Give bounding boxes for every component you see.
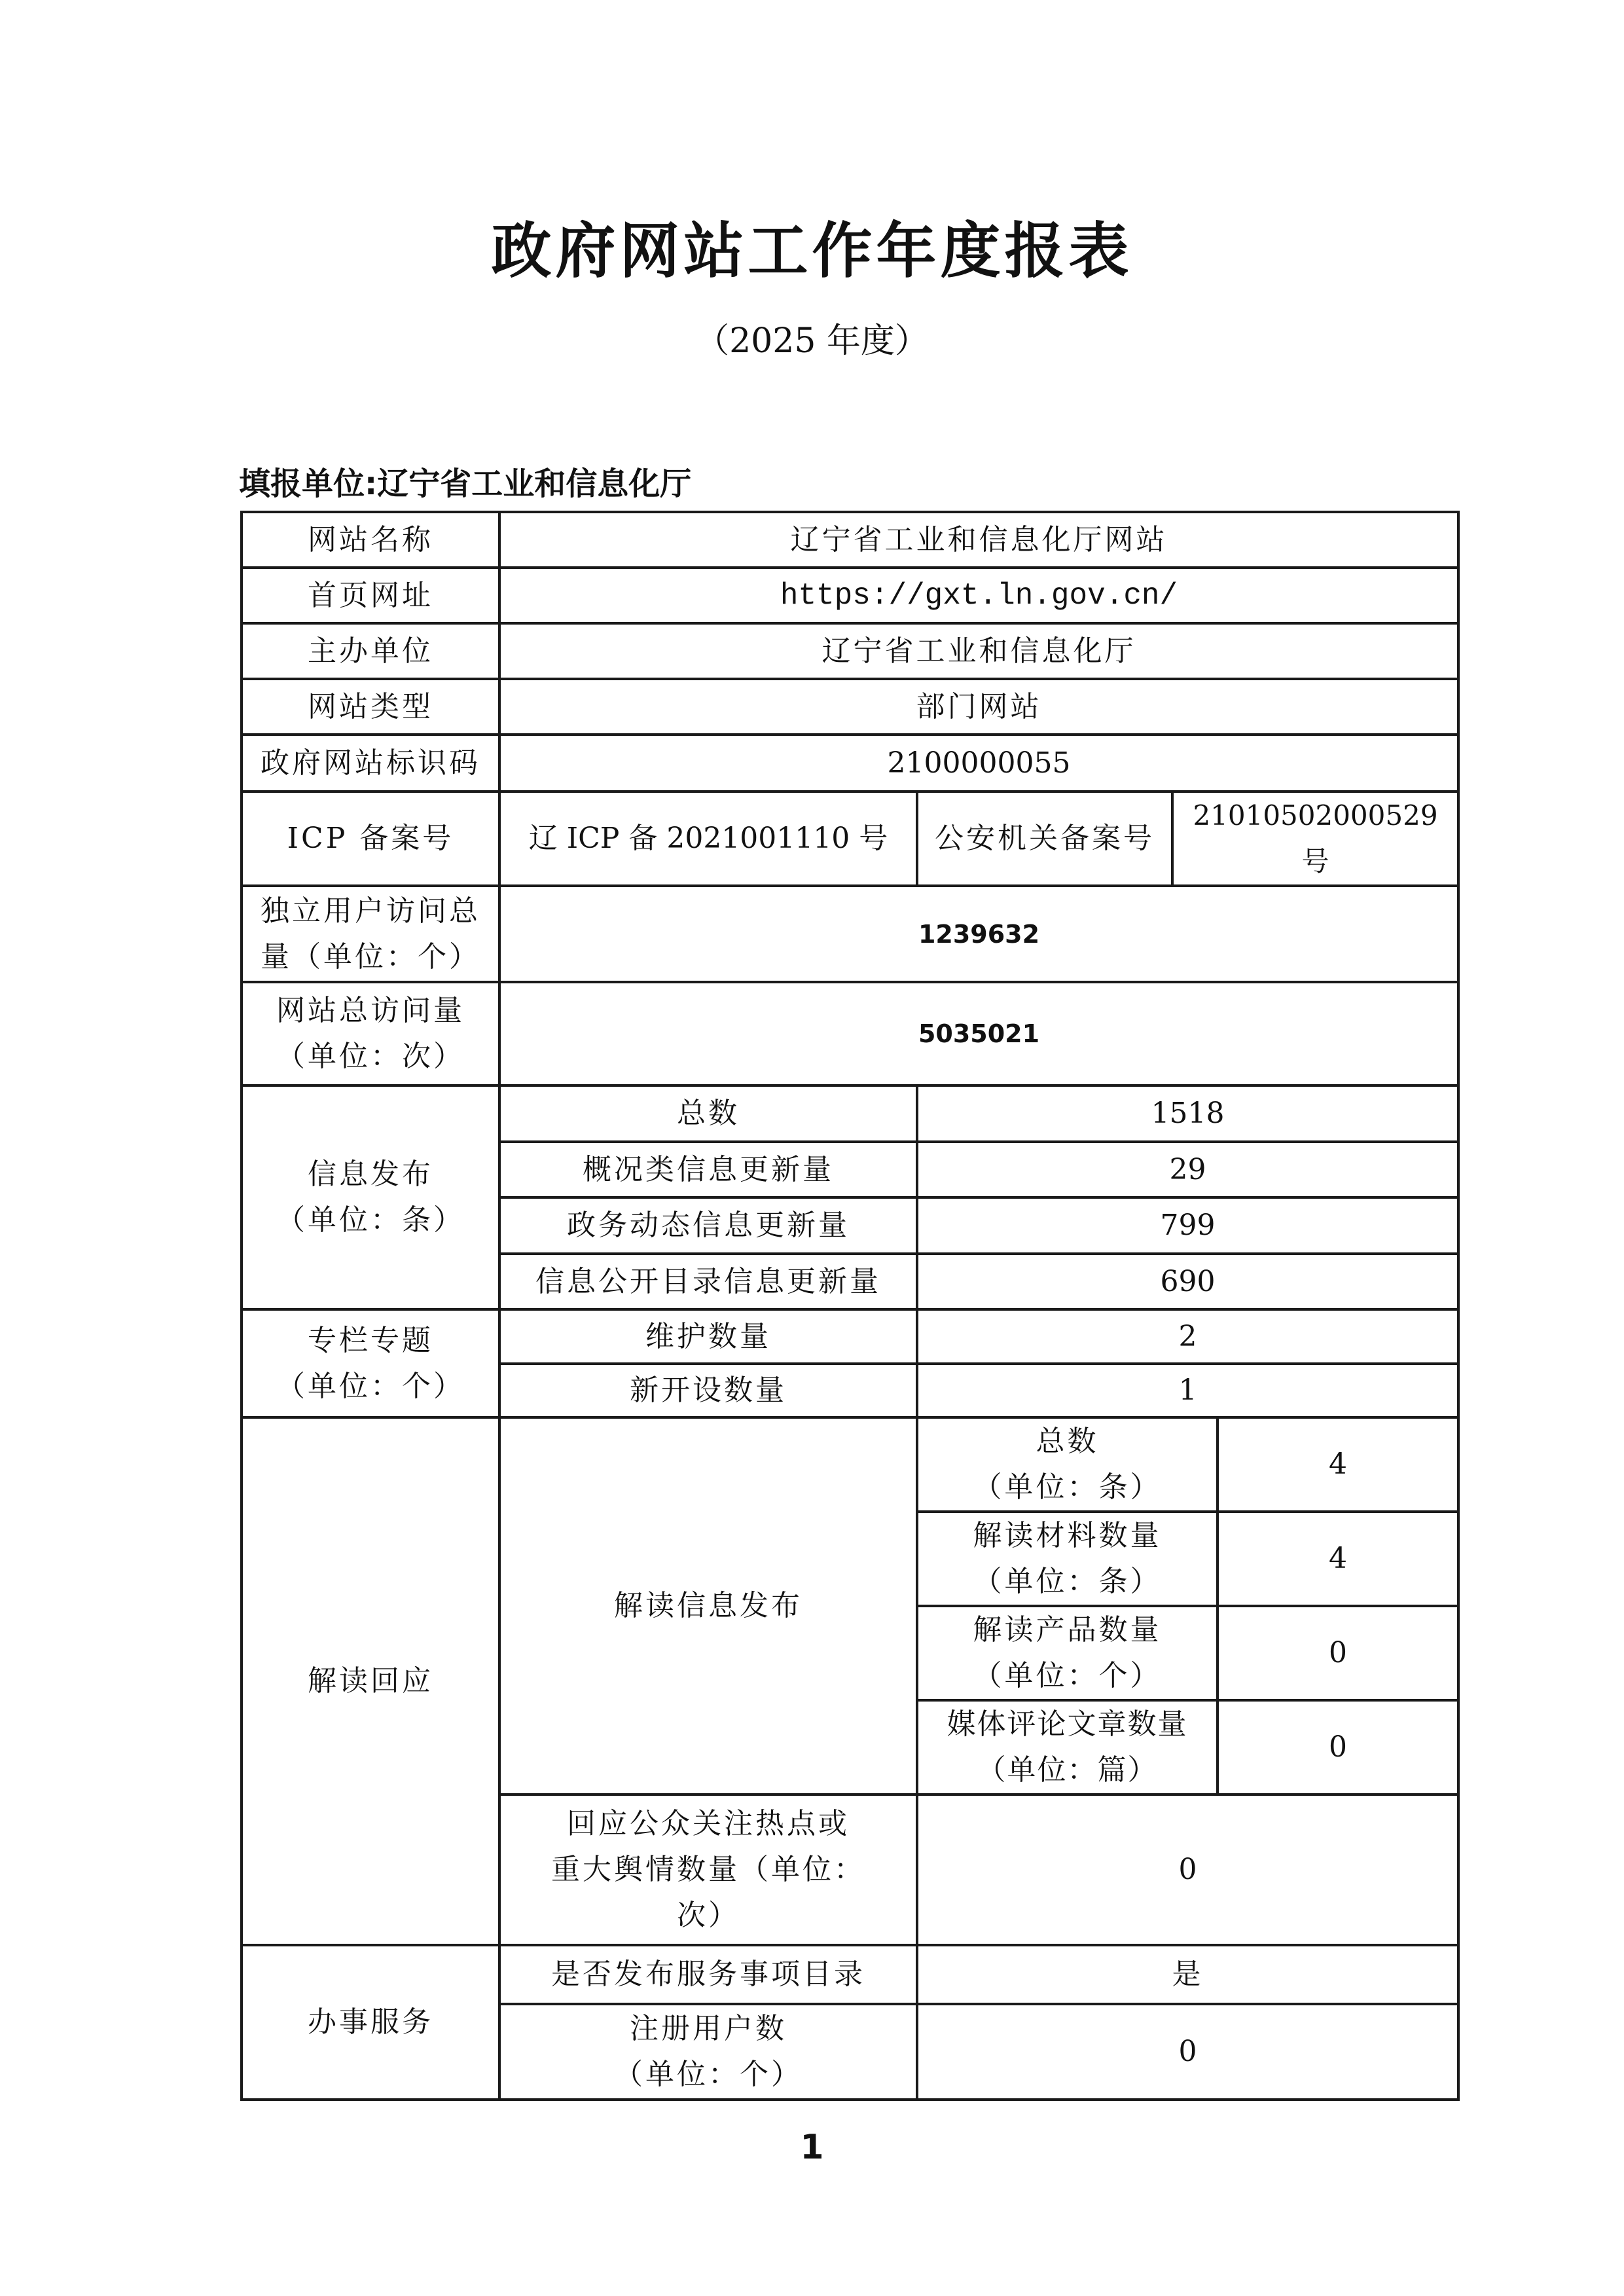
service-row-value: 是 (917, 1945, 1458, 2004)
service-row-label-line1: 注册用户数 (505, 2006, 912, 2052)
service-row-label: 是否发布服务事项目录 (499, 1945, 917, 2004)
interp-row-label: 总数 （单位：条） (917, 1417, 1218, 1512)
response-value: 0 (917, 1795, 1458, 1945)
icp-label: ICP 备案号 (242, 792, 499, 886)
columns-row-label: 新开设数量 (499, 1364, 917, 1417)
info-row-value: 1518 (917, 1085, 1458, 1142)
unique-visitors-label-line1: 独立用户访问总 (247, 888, 494, 934)
response-label: 回应公众关注热点或 重大舆情数量（单位： 次） (499, 1795, 917, 1945)
interp-row-label-line1: 解读产品数量 (922, 1607, 1212, 1653)
row-info-total: 信息发布 （单位：条） 总数 1518 (242, 1085, 1458, 1142)
site-type-value: 部门网站 (499, 679, 1458, 735)
columns-label-line2: （单位：个） (247, 1364, 494, 1410)
site-name-label: 网站名称 (242, 512, 499, 568)
homepage-url-value: https://gxt.ln.gov.cn/ (499, 568, 1458, 623)
total-visits-label-line2: （单位：次） (247, 1034, 494, 1080)
row-site-name: 网站名称 辽宁省工业和信息化厅网站 (242, 512, 1458, 568)
interp-row-value: 0 (1218, 1700, 1458, 1795)
sponsor-label: 主办单位 (242, 623, 499, 679)
columns-row-value: 2 (917, 1309, 1458, 1364)
service-row-label-line2: （单位：个） (505, 2052, 912, 2098)
site-id-code-value: 2100000055 (499, 735, 1458, 792)
police-record-value: 21010502000529 号 (1172, 792, 1458, 886)
interp-row-label: 媒体评论文章数量 （单位：篇） (917, 1700, 1218, 1795)
columns-row-label: 维护数量 (499, 1309, 917, 1364)
info-row-label: 概况类信息更新量 (499, 1142, 917, 1197)
total-visits-label-line1: 网站总访问量 (247, 988, 494, 1034)
unique-visitors-label-line2: 量（单位：个） (247, 934, 494, 980)
interpretation-publish-label: 解读信息发布 (499, 1417, 917, 1795)
filler-unit: 填报单位:辽宁省工业和信息化厅 (239, 458, 691, 503)
response-label-line3: 次） (505, 1893, 912, 1939)
info-publish-label: 信息发布 （单位：条） (242, 1085, 499, 1309)
interpretation-label: 解读回应 (242, 1417, 499, 1945)
page-title: 政府网站工作年度报表 (0, 203, 1624, 289)
row-unique-visitors: 独立用户访问总 量（单位：个） 1239632 (242, 886, 1458, 982)
interp-row-label-line2: （单位：篇） (922, 1747, 1212, 1793)
row-site-type: 网站类型 部门网站 (242, 679, 1458, 735)
row-icp: ICP 备案号 辽 ICP 备 2021001110 号 公安机关备案号 210… (242, 792, 1458, 886)
info-row-value: 799 (917, 1197, 1458, 1254)
interp-row-label: 解读产品数量 （单位：个） (917, 1606, 1218, 1700)
unique-visitors-value: 1239632 (499, 886, 1458, 982)
interp-row-value: 0 (1218, 1606, 1458, 1700)
info-row-label: 信息公开目录信息更新量 (499, 1254, 917, 1309)
columns-label: 专栏专题 （单位：个） (242, 1309, 499, 1417)
site-type-label: 网站类型 (242, 679, 499, 735)
police-record-label: 公安机关备案号 (917, 792, 1172, 886)
service-row-value: 0 (917, 2004, 1458, 2100)
services-label: 办事服务 (242, 1945, 499, 2100)
total-visits-label: 网站总访问量 （单位：次） (242, 982, 499, 1085)
info-row-label: 政务动态信息更新量 (499, 1197, 917, 1254)
report-year: （2025 年度） (0, 313, 1624, 362)
interp-row-value: 4 (1218, 1417, 1458, 1512)
response-label-line1: 回应公众关注热点或 (505, 1801, 912, 1847)
interp-row-label-line1: 总数 (922, 1419, 1212, 1465)
interp-row-label-line2: （单位：条） (922, 1465, 1212, 1510)
row-interp-total: 解读回应 解读信息发布 总数 （单位：条） 4 (242, 1417, 1458, 1512)
row-sponsor: 主办单位 辽宁省工业和信息化厅 (242, 623, 1458, 679)
interp-row-label-line2: （单位：个） (922, 1653, 1212, 1699)
columns-label-line1: 专栏专题 (247, 1318, 494, 1364)
sponsor-value: 辽宁省工业和信息化厅 (499, 623, 1458, 679)
info-publish-label-line2: （单位：条） (247, 1197, 494, 1243)
total-visits-value: 5035021 (499, 982, 1458, 1085)
interp-row-label-line1: 解读材料数量 (922, 1513, 1212, 1559)
info-row-value: 690 (917, 1254, 1458, 1309)
columns-row-value: 1 (917, 1364, 1458, 1417)
unique-visitors-label: 独立用户访问总 量（单位：个） (242, 886, 499, 982)
interp-row-value: 4 (1218, 1512, 1458, 1606)
site-id-code-label: 政府网站标识码 (242, 735, 499, 792)
page-number: 1 (0, 2128, 1624, 2167)
info-row-label: 总数 (499, 1085, 917, 1142)
row-columns-maintained: 专栏专题 （单位：个） 维护数量 2 (242, 1309, 1458, 1364)
row-homepage-url: 首页网址 https://gxt.ln.gov.cn/ (242, 568, 1458, 623)
service-row-label: 注册用户数 （单位：个） (499, 2004, 917, 2100)
row-site-id-code: 政府网站标识码 2100000055 (242, 735, 1458, 792)
response-label-line2: 重大舆情数量（单位： (505, 1847, 912, 1893)
row-service-catalog: 办事服务 是否发布服务事项目录 是 (242, 1945, 1458, 2004)
site-name-value: 辽宁省工业和信息化厅网站 (499, 512, 1458, 568)
interp-row-label: 解读材料数量 （单位：条） (917, 1512, 1218, 1606)
info-row-value: 29 (917, 1142, 1458, 1197)
info-publish-label-line1: 信息发布 (247, 1152, 494, 1197)
interp-row-label-line1: 媒体评论文章数量 (922, 1702, 1212, 1747)
row-total-visits: 网站总访问量 （单位：次） 5035021 (242, 982, 1458, 1085)
interp-row-label-line2: （单位：条） (922, 1559, 1212, 1605)
homepage-url-label: 首页网址 (242, 568, 499, 623)
report-table: 网站名称 辽宁省工业和信息化厅网站 首页网址 https://gxt.ln.go… (240, 511, 1460, 2101)
icp-value: 辽 ICP 备 2021001110 号 (499, 792, 917, 886)
